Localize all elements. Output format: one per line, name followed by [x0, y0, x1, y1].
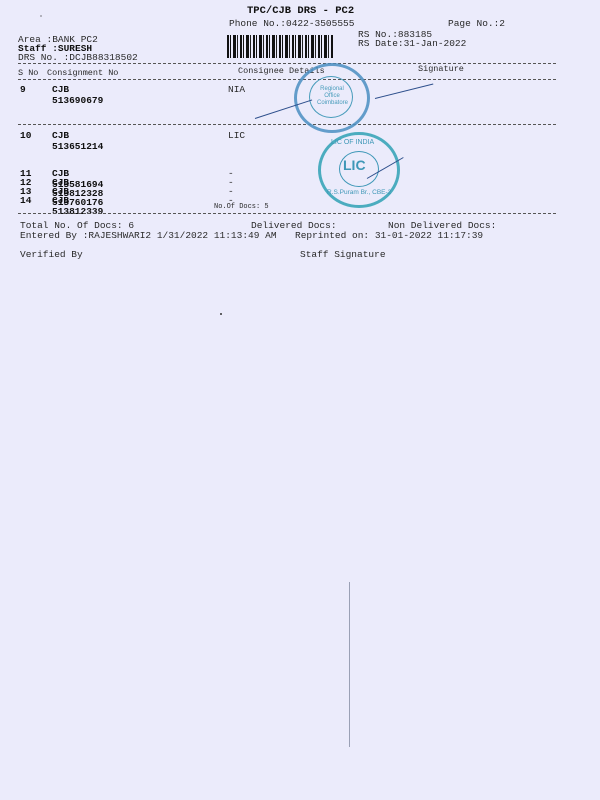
- docs-count: No.Of Docs: 5: [214, 203, 269, 211]
- column-header-sno: S No: [18, 68, 38, 79]
- stamp-bottom-text: R.S.Puram Br., CBE-2: [327, 189, 391, 196]
- rs-date: RS Date:31-Jan-2022: [358, 38, 466, 49]
- page-number: Page No.:2: [448, 18, 505, 29]
- scan-speck: [220, 313, 222, 315]
- column-header-signature: Signature: [418, 64, 464, 75]
- divider: [18, 63, 556, 64]
- phone-number: Phone No.:0422-3505555: [229, 18, 354, 29]
- serial-number: 9: [20, 84, 26, 95]
- stamp-top-text: LIC OF INDIA: [331, 139, 374, 146]
- signature-stroke: [375, 83, 433, 98]
- consignee: LIC: [228, 130, 245, 141]
- stamp-inner-text: Regional Office Coimbatore: [317, 86, 347, 107]
- divider: [18, 213, 556, 214]
- document-title: TPC/CJB DRS - PC2: [247, 6, 354, 17]
- consignment-number: CJB 513651214: [52, 130, 103, 152]
- serial-number: 14: [20, 195, 31, 206]
- scan-speck: [40, 15, 42, 17]
- staff-signature: Staff Signature: [300, 249, 386, 260]
- entered-by: Entered By :RAJESHWARI2 1/31/2022 11:13:…: [20, 230, 277, 241]
- drs-number: DRS No. :DCJB88318502: [18, 52, 138, 63]
- nia-stamp: Regional Office Coimbatore: [294, 63, 370, 133]
- consignment-number: CJB 513690679: [52, 84, 103, 106]
- consignee: NIA: [228, 84, 245, 95]
- scan-line: [349, 582, 350, 747]
- column-header-consignment: Consignment No: [47, 68, 118, 79]
- lic-stamp: LIC OF INDIA LIC R.S.Puram Br., CBE-2: [318, 132, 400, 208]
- lic-logo: LIC: [343, 157, 366, 173]
- divider: [18, 124, 556, 125]
- divider: [18, 79, 556, 80]
- reprinted-on: Reprinted on: 31-01-2022 11:17:39: [295, 230, 483, 241]
- verified-by: Verified By: [20, 249, 83, 260]
- serial-number: 10: [20, 130, 31, 141]
- barcode: [227, 35, 334, 58]
